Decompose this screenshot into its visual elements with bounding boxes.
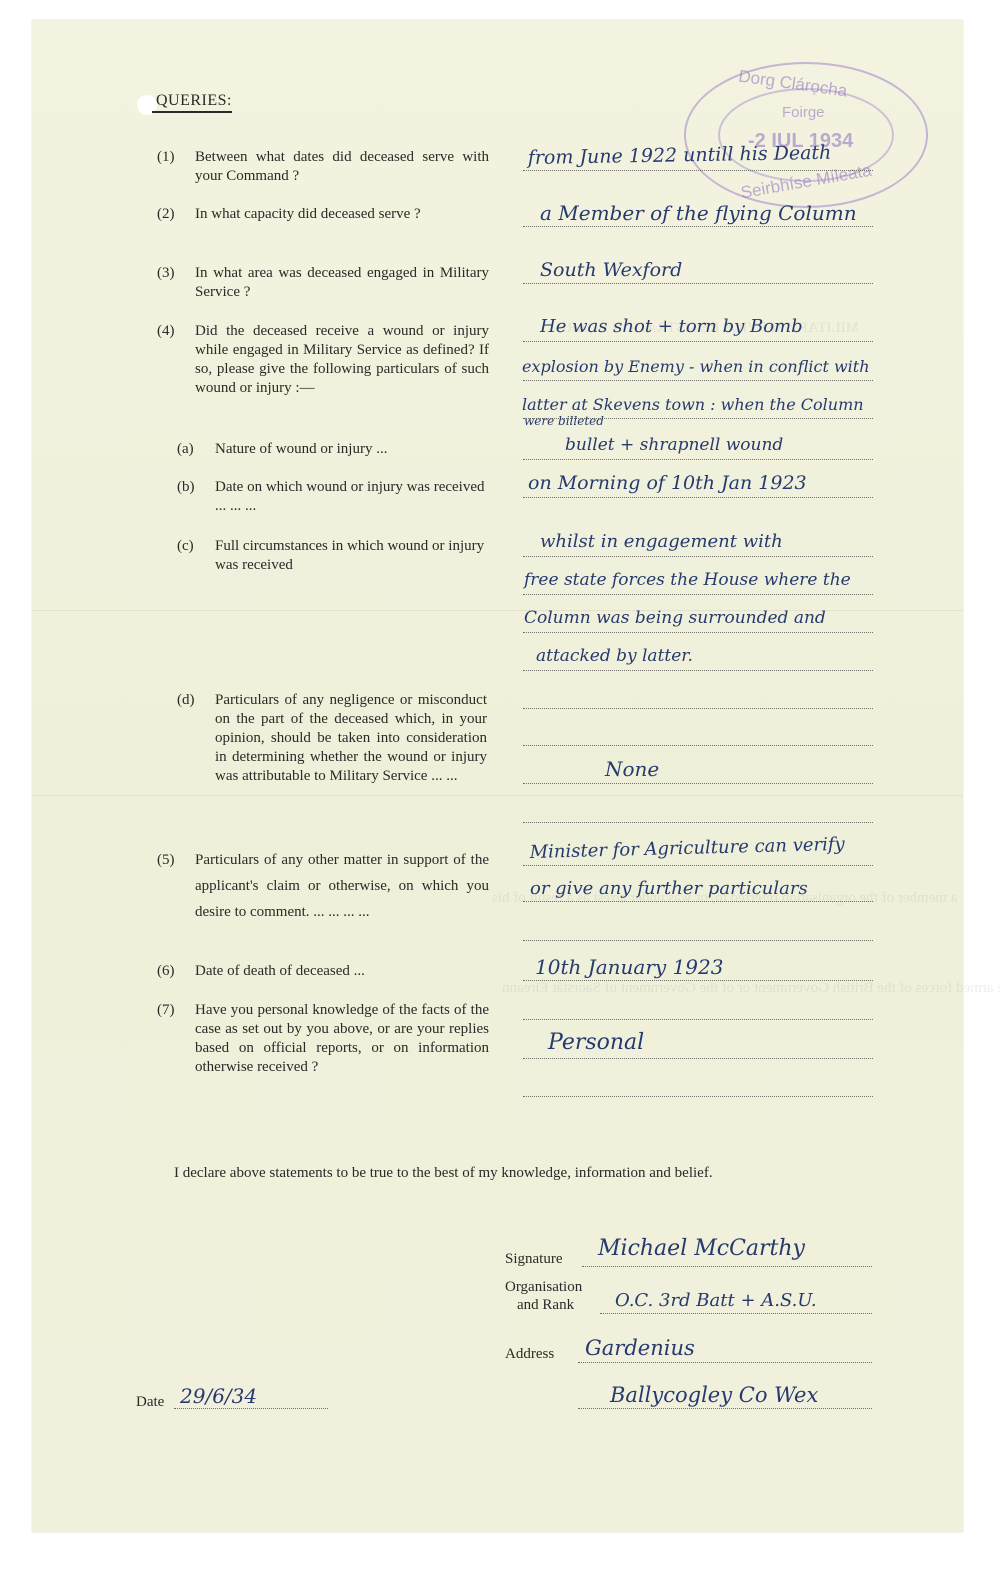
answer-line [523, 459, 873, 460]
query-number: (3) [157, 264, 175, 283]
address-value-1: Gardenius [585, 1336, 695, 1360]
answer-line [523, 822, 873, 823]
query-number: (b) [177, 478, 195, 497]
query-1: (1) Between what dates did deceased serv… [157, 148, 492, 188]
answer-line [523, 745, 873, 746]
bleed-through-text: the armed forces of the British Governme… [502, 980, 1000, 997]
query-question: Nature of wound or injury ... [215, 440, 490, 459]
query-question: In what area was deceased engaged in Mil… [195, 264, 489, 302]
organisation-line [600, 1313, 872, 1314]
answer-6-line-1: 10th January 1923 [535, 955, 723, 979]
answer-4c-line-4: attacked by latter. [536, 646, 693, 666]
query-question: Particulars of any other matter in suppo… [195, 847, 489, 925]
query-5: (5) Particulars of any other matter in s… [157, 847, 492, 947]
date-label: Date [136, 1394, 164, 1411]
answer-4d-line-3: None [605, 757, 659, 781]
organisation-label: Organisation [505, 1279, 582, 1296]
answer-line [523, 1096, 873, 1097]
answer-line [523, 226, 873, 227]
query-number: (5) [157, 847, 175, 873]
signature-value: Michael McCarthy [598, 1236, 805, 1261]
answer-7-line-2: Personal [548, 1030, 644, 1055]
signature-label: Signature [505, 1251, 563, 1268]
query-6: (6) Date of death of deceased ... [157, 962, 492, 982]
query-3: (3) In what area was deceased engaged in… [157, 264, 492, 304]
answer-4c-line-1: whilst in engagement with [540, 531, 783, 552]
stamp-middle-text: Foirge [782, 104, 825, 121]
query-number: (2) [157, 205, 175, 224]
answer-line [523, 865, 873, 866]
page-heading: QUERIES: [152, 92, 232, 113]
query-4b: (b) Date on which wound or injury was re… [177, 478, 492, 518]
address-value-2: Ballycogley Co Wex [610, 1383, 818, 1407]
answer-line [523, 497, 873, 498]
query-question: Full circumstances in which wound or inj… [215, 537, 490, 575]
address-label: Address [505, 1346, 554, 1363]
answer-4c-line-3: Column was being surrounded and [524, 608, 826, 628]
declaration-text: I declare above statements to be true to… [136, 1164, 876, 1183]
answer-line [523, 283, 873, 284]
received-stamp: Dorg Clárọcha Foirge -2 IUL 1934 Seirbhí… [684, 62, 928, 208]
query-question: Date on which wound or injury was receiv… [215, 478, 490, 516]
answer-3-line-1: South Wexford [540, 259, 682, 281]
query-number: (1) [157, 148, 175, 167]
answer-4b-line-1: on Morning of 10th Jan 1923 [528, 472, 807, 494]
answer-line [523, 783, 873, 784]
query-number: (d) [177, 691, 195, 710]
query-question: Have you personal knowledge of the facts… [195, 1001, 489, 1077]
query-number: (c) [177, 537, 194, 556]
query-4: (4) Did the deceased receive a wound or … [157, 322, 492, 422]
answer-line [523, 341, 873, 342]
query-question: In what capacity did deceased serve ? [195, 205, 489, 224]
answer-line [523, 1058, 873, 1059]
answer-line [523, 556, 873, 557]
query-question: Did the deceased receive a wound or inju… [195, 322, 489, 398]
answer-line [523, 901, 873, 902]
query-4c: (c) Full circumstances in which wound or… [177, 537, 492, 577]
query-question: Particulars of any negligence or miscond… [215, 691, 487, 786]
address-line-1 [578, 1362, 872, 1363]
answer-line [523, 1019, 873, 1020]
query-number: (6) [157, 962, 175, 981]
document-page: MILITARY SERVICE REGISTRATION BOARD. a m… [32, 20, 963, 1532]
address-line-2 [578, 1408, 872, 1409]
answer-line [523, 708, 873, 709]
query-4a: (a) Nature of wound or injury ... [177, 440, 492, 460]
answer-2-line-1: a Member of the flying Column [540, 201, 857, 225]
organisation-value: O.C. 3rd Batt + A.S.U. [615, 1290, 817, 1311]
query-2: (2) In what capacity did deceased serve … [157, 205, 492, 245]
date-line [174, 1408, 328, 1409]
answer-line [523, 940, 873, 941]
query-7: (7) Have you personal knowledge of the f… [157, 1001, 492, 1101]
answer-line [523, 670, 873, 671]
answer-line [523, 170, 873, 171]
answer-4-line-2: explosion by Enemy - when in conflict wi… [522, 357, 870, 376]
fold-crease [32, 795, 963, 796]
answer-line [523, 380, 873, 381]
answer-line [523, 632, 873, 633]
answer-4a-line-1: bullet + shrapnell wound [565, 435, 783, 455]
answer-4-line-4: were billeted [524, 414, 604, 428]
query-4d: (d) Particulars of any negligence or mis… [177, 691, 492, 831]
answer-4c-line-2: free state forces the House where the [524, 570, 851, 590]
rank-label: and Rank [517, 1297, 574, 1314]
query-number: (7) [157, 1001, 175, 1020]
query-question: Between what dates did deceased serve wi… [195, 148, 489, 186]
signature-line [582, 1266, 872, 1267]
answer-4-line-1: He was shot + torn by Bomb [540, 316, 803, 337]
query-question: Date of death of deceased ... [195, 962, 489, 981]
answer-line [523, 594, 873, 595]
answer-line [523, 980, 873, 981]
date-value: 29/6/34 [180, 1384, 257, 1408]
query-number: (4) [157, 322, 175, 341]
answer-5-line-2: or give any further particulars [530, 878, 808, 899]
query-number: (a) [177, 440, 194, 459]
answer-4-line-3: latter at Skevens town : when the Column [522, 395, 864, 414]
